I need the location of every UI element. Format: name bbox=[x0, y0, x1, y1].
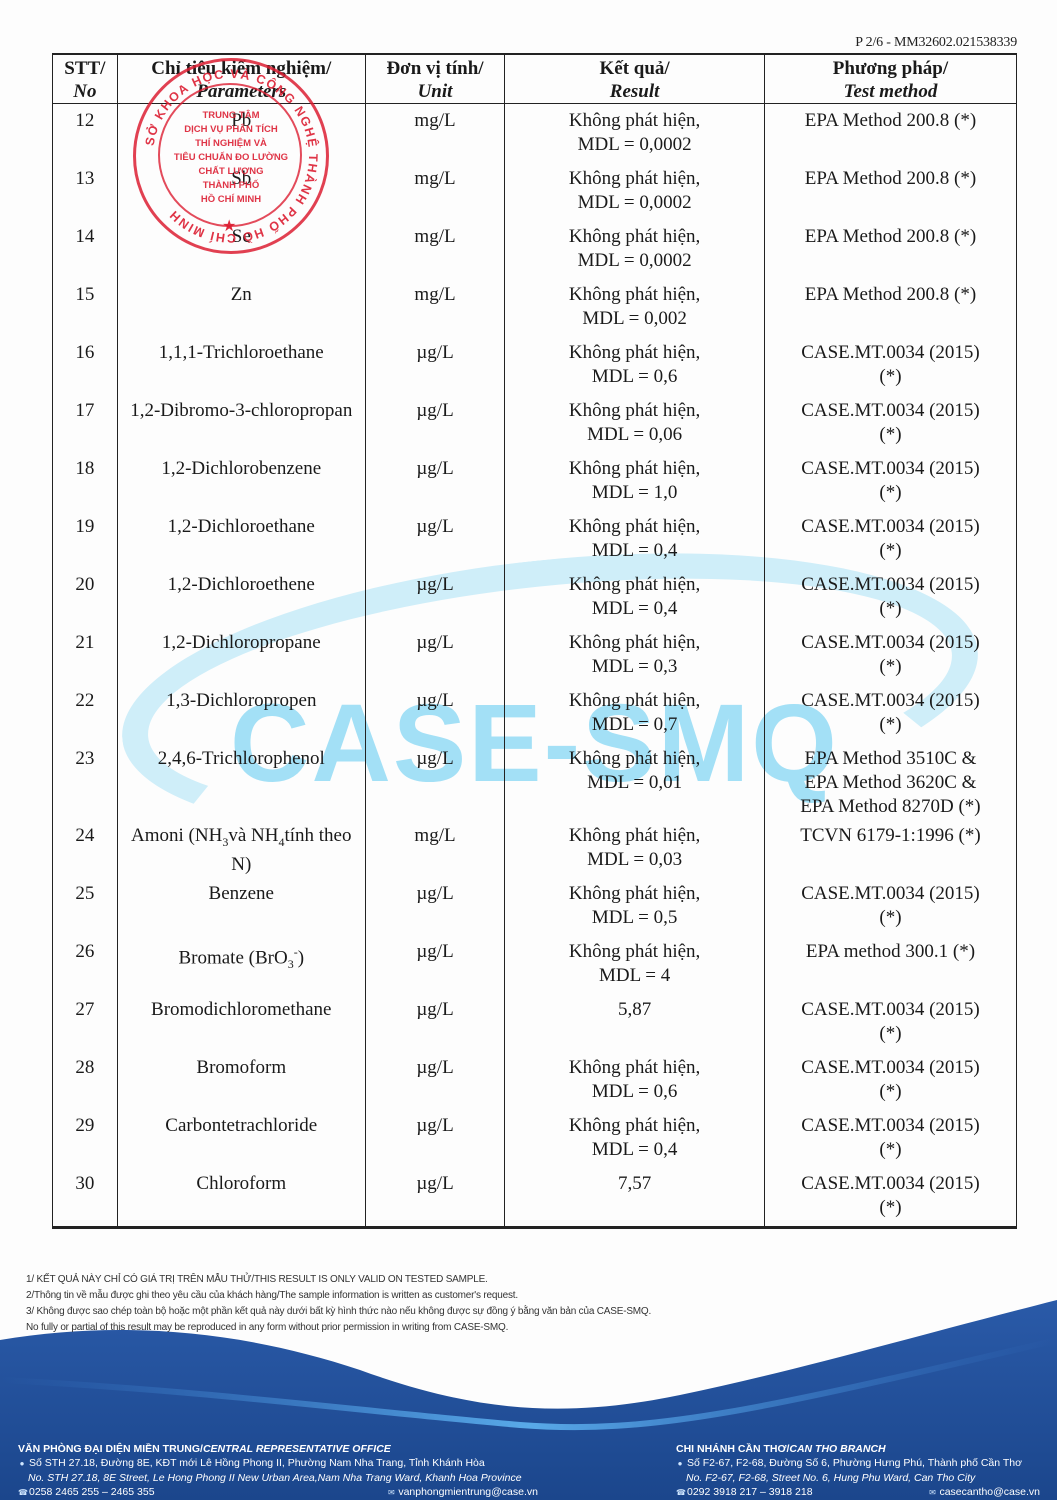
location-pin-icon: ● bbox=[18, 1457, 26, 1471]
cell-unit: µg/L bbox=[365, 336, 505, 394]
cell-no: 28 bbox=[53, 1051, 118, 1109]
table-row: 25Benzeneµg/LKhông phát hiện,MDL = 0,5CA… bbox=[53, 877, 1017, 935]
table-row: 191,2-Dichloroethaneµg/LKhông phát hiện,… bbox=[53, 510, 1017, 568]
central-office-phone: ☎0258 2465 255 – 2465 355 bbox=[18, 1485, 155, 1500]
cell-parameter: Pb bbox=[117, 104, 365, 162]
header-no: STT/No bbox=[53, 54, 118, 104]
can-tho-branch: CHI NHÁNH CẦN THƠ/CAN THO BRANCH ●Số F2-… bbox=[676, 1442, 1040, 1500]
cell-result: Không phát hiện,MDL = 0,03 bbox=[505, 819, 765, 878]
cell-method: CASE.MT.0034 (2015)(*) bbox=[764, 510, 1016, 568]
table-row: 171,2-Dibromo-3-chloropropanµg/LKhông ph… bbox=[53, 394, 1017, 452]
cell-no: 25 bbox=[53, 877, 118, 935]
cell-no: 29 bbox=[53, 1109, 118, 1167]
cell-method: CASE.MT.0034 (2015)(*) bbox=[764, 626, 1016, 684]
can-tho-email[interactable]: ✉casecantho@case.vn bbox=[928, 1485, 1040, 1500]
cell-parameter: Bromoform bbox=[117, 1051, 365, 1109]
cell-result: Không phát hiện,MDL = 0,3 bbox=[505, 626, 765, 684]
note-line: 3/ Không được sao chép toàn bộ hoặc một … bbox=[26, 1304, 651, 1320]
cell-method: CASE.MT.0034 (2015)(*) bbox=[764, 684, 1016, 742]
table-row: 211,2-Dichloropropaneµg/LKhông phát hiện… bbox=[53, 626, 1017, 684]
cell-parameter: 1,2-Dichloroethane bbox=[117, 510, 365, 568]
cell-unit: mg/L bbox=[365, 278, 505, 336]
cell-unit: µg/L bbox=[365, 452, 505, 510]
cell-unit: mg/L bbox=[365, 162, 505, 220]
cell-result: Không phát hiện,MDL = 4 bbox=[505, 935, 765, 993]
cell-result: Không phát hiện,MDL = 0,5 bbox=[505, 877, 765, 935]
table-row: 26Bromate (BrO3-)µg/LKhông phát hiện,MDL… bbox=[53, 935, 1017, 993]
cell-unit: µg/L bbox=[365, 626, 505, 684]
cell-unit: µg/L bbox=[365, 742, 505, 819]
cell-no: 22 bbox=[53, 684, 118, 742]
phone-icon: ☎ bbox=[18, 1486, 26, 1500]
header-test-method: Phương pháp/Test method bbox=[764, 54, 1016, 104]
cell-method: CASE.MT.0034 (2015)(*) bbox=[764, 993, 1016, 1051]
cell-unit: µg/L bbox=[365, 1109, 505, 1167]
cell-parameter: Carbontetrachloride bbox=[117, 1109, 365, 1167]
cell-parameter: Benzene bbox=[117, 877, 365, 935]
cell-method: EPA Method 200.8 (*) bbox=[764, 104, 1016, 162]
table-row: 28Bromoformµg/LKhông phát hiện,MDL = 0,6… bbox=[53, 1051, 1017, 1109]
cell-unit: µg/L bbox=[365, 935, 505, 993]
cell-method: EPA Method 3510C &EPA Method 3620C &EPA … bbox=[764, 742, 1016, 819]
cell-result: 5,87 bbox=[505, 993, 765, 1051]
cell-result: Không phát hiện,MDL = 0,7 bbox=[505, 684, 765, 742]
cell-result: Không phát hiện,MDL = 0,06 bbox=[505, 394, 765, 452]
page-reference: P 2/6 - MM32602.021538339 bbox=[855, 35, 1017, 51]
cell-no: 24 bbox=[53, 819, 118, 878]
cell-parameter: Bromate (BrO3-) bbox=[117, 935, 365, 993]
central-office-address-vi: ●Số STH 27.18, Đường 8E, KĐT mới Lê Hồng… bbox=[18, 1456, 538, 1471]
table-body: 12Pbmg/LKhông phát hiện,MDL = 0,0002EPA … bbox=[53, 104, 1017, 1228]
cell-method: EPA Method 200.8 (*) bbox=[764, 278, 1016, 336]
table-row: 201,2-Dichloroetheneµg/LKhông phát hiện,… bbox=[53, 568, 1017, 626]
cell-result: Không phát hiện,MDL = 0,0002 bbox=[505, 162, 765, 220]
cell-result: Không phát hiện,MDL = 0,4 bbox=[505, 1109, 765, 1167]
cell-method: CASE.MT.0034 (2015)(*) bbox=[764, 568, 1016, 626]
cell-parameter: 2,4,6-Trichlorophenol bbox=[117, 742, 365, 819]
cell-unit: µg/L bbox=[365, 684, 505, 742]
central-office: VĂN PHÒNG ĐẠI DIỆN MIỀN TRUNG/CENTRAL RE… bbox=[18, 1442, 538, 1500]
cell-parameter: Bromodichloromethane bbox=[117, 993, 365, 1051]
cell-no: 16 bbox=[53, 336, 118, 394]
cell-result: 7,57 bbox=[505, 1167, 765, 1228]
can-tho-phone: ☎0292 3918 217 – 3918 218 bbox=[676, 1485, 813, 1500]
cell-no: 30 bbox=[53, 1167, 118, 1228]
cell-no: 21 bbox=[53, 626, 118, 684]
table-row: 221,3-Dichloropropenµg/LKhông phát hiện,… bbox=[53, 684, 1017, 742]
cell-unit: µg/L bbox=[365, 1167, 505, 1228]
cell-no: 26 bbox=[53, 935, 118, 993]
cell-no: 14 bbox=[53, 220, 118, 278]
note-line: 1/ KẾT QUẢ NÀY CHỈ CÓ GIÁ TRỊ TRÊN MẪU T… bbox=[26, 1272, 651, 1288]
table-row: 161,1,1-Trichloroethaneµg/LKhông phát hi… bbox=[53, 336, 1017, 394]
cell-no: 12 bbox=[53, 104, 118, 162]
cell-parameter: 1,2-Dichloropropane bbox=[117, 626, 365, 684]
note-line: No fully or partial of this result may b… bbox=[26, 1320, 651, 1336]
disclaimer-notes: 1/ KẾT QUẢ NÀY CHỈ CÓ GIÁ TRỊ TRÊN MẪU T… bbox=[26, 1272, 651, 1336]
cell-method: TCVN 6179-1:1996 (*) bbox=[764, 819, 1016, 878]
email-icon: ✉ bbox=[387, 1486, 395, 1500]
table-row: 13Sbmg/LKhông phát hiện,MDL = 0,0002EPA … bbox=[53, 162, 1017, 220]
cell-parameter: 1,2-Dichlorobenzene bbox=[117, 452, 365, 510]
table-row: 232,4,6-Trichlorophenolµg/LKhông phát hi… bbox=[53, 742, 1017, 819]
table-row: 30Chloroformµg/L7,57CASE.MT.0034 (2015)(… bbox=[53, 1167, 1017, 1228]
table-row: 15Znmg/LKhông phát hiện,MDL = 0,002EPA M… bbox=[53, 278, 1017, 336]
cell-result: Không phát hiện,MDL = 0,0002 bbox=[505, 104, 765, 162]
central-office-address-en: No. STH 27.18, 8E Street, Le Hong Phong … bbox=[18, 1471, 538, 1485]
cell-parameter: Sb bbox=[117, 162, 365, 220]
phone-icon: ☎ bbox=[676, 1486, 684, 1500]
cell-parameter: 1,3-Dichloropropen bbox=[117, 684, 365, 742]
cell-no: 13 bbox=[53, 162, 118, 220]
cell-unit: mg/L bbox=[365, 220, 505, 278]
cell-result: Không phát hiện,MDL = 0,6 bbox=[505, 336, 765, 394]
cell-method: EPA Method 200.8 (*) bbox=[764, 220, 1016, 278]
cell-unit: µg/L bbox=[365, 510, 505, 568]
cell-unit: µg/L bbox=[365, 1051, 505, 1109]
cell-method: CASE.MT.0034 (2015)(*) bbox=[764, 452, 1016, 510]
cell-method: EPA Method 200.8 (*) bbox=[764, 162, 1016, 220]
header-unit: Đơn vị tính/Unit bbox=[365, 54, 505, 104]
cell-result: Không phát hiện,MDL = 0,0002 bbox=[505, 220, 765, 278]
cell-method: CASE.MT.0034 (2015)(*) bbox=[764, 877, 1016, 935]
table-row: 27Bromodichloromethaneµg/L5,87CASE.MT.00… bbox=[53, 993, 1017, 1051]
cell-result: Không phát hiện,MDL = 0,01 bbox=[505, 742, 765, 819]
cell-result: Không phát hiện,MDL = 0,6 bbox=[505, 1051, 765, 1109]
central-office-title: VĂN PHÒNG ĐẠI DIỆN MIỀN TRUNG/CENTRAL RE… bbox=[18, 1442, 538, 1456]
cell-parameter: 1,1,1-Trichloroethane bbox=[117, 336, 365, 394]
cell-method: CASE.MT.0034 (2015)(*) bbox=[764, 1109, 1016, 1167]
cell-no: 19 bbox=[53, 510, 118, 568]
cell-method: EPA method 300.1 (*) bbox=[764, 935, 1016, 993]
cell-parameter: Se bbox=[117, 220, 365, 278]
table-row: 14Semg/LKhông phát hiện,MDL = 0,0002EPA … bbox=[53, 220, 1017, 278]
table-row: 12Pbmg/LKhông phát hiện,MDL = 0,0002EPA … bbox=[53, 104, 1017, 162]
can-tho-branch-title: CHI NHÁNH CẦN THƠ/CAN THO BRANCH bbox=[676, 1442, 1040, 1456]
cell-parameter: Amoni (NH3và NH4tính theo N) bbox=[117, 819, 365, 878]
cell-method: CASE.MT.0034 (2015)(*) bbox=[764, 336, 1016, 394]
cell-unit: mg/L bbox=[365, 819, 505, 878]
cell-no: 27 bbox=[53, 993, 118, 1051]
cell-method: CASE.MT.0034 (2015)(*) bbox=[764, 1167, 1016, 1228]
results-table: STT/No Chỉ tiêu kiểm nghiệm/Parameters Đ… bbox=[52, 53, 1017, 1229]
cell-parameter: 1,2-Dibromo-3-chloropropan bbox=[117, 394, 365, 452]
cell-parameter: Chloroform bbox=[117, 1167, 365, 1228]
cell-unit: µg/L bbox=[365, 568, 505, 626]
cell-result: Không phát hiện,MDL = 0,4 bbox=[505, 568, 765, 626]
email-icon: ✉ bbox=[928, 1486, 936, 1500]
cell-method: CASE.MT.0034 (2015)(*) bbox=[764, 394, 1016, 452]
cell-no: 17 bbox=[53, 394, 118, 452]
location-pin-icon: ● bbox=[676, 1457, 684, 1471]
table-row: 29Carbontetrachlorideµg/LKhông phát hiện… bbox=[53, 1109, 1017, 1167]
footer-offices: VĂN PHÒNG ĐẠI DIỆN MIỀN TRUNG/CENTRAL RE… bbox=[0, 1438, 1057, 1500]
table-row: 181,2-Dichlorobenzeneµg/LKhông phát hiện… bbox=[53, 452, 1017, 510]
cell-unit: mg/L bbox=[365, 104, 505, 162]
cell-parameter: Zn bbox=[117, 278, 365, 336]
cell-parameter: 1,2-Dichloroethene bbox=[117, 568, 365, 626]
cell-method: CASE.MT.0034 (2015)(*) bbox=[764, 1051, 1016, 1109]
table-row: 24Amoni (NH3và NH4tính theo N)mg/LKhông … bbox=[53, 819, 1017, 878]
cell-unit: µg/L bbox=[365, 877, 505, 935]
cell-unit: µg/L bbox=[365, 394, 505, 452]
cell-result: Không phát hiện,MDL = 1,0 bbox=[505, 452, 765, 510]
can-tho-address-en: No. F2-67, F2-68, Street No. 6, Hung Phu… bbox=[676, 1471, 1040, 1485]
central-office-email[interactable]: ✉vanphongmientrung@case.vn bbox=[387, 1485, 538, 1500]
cell-no: 15 bbox=[53, 278, 118, 336]
cell-no: 20 bbox=[53, 568, 118, 626]
header-result: Kết quả/Result bbox=[505, 54, 765, 104]
table-header-row: STT/No Chỉ tiêu kiểm nghiệm/Parameters Đ… bbox=[53, 54, 1017, 104]
cell-no: 23 bbox=[53, 742, 118, 819]
cell-result: Không phát hiện,MDL = 0,4 bbox=[505, 510, 765, 568]
note-line: 2/Thông tin về mẫu được ghi theo yêu cầu… bbox=[26, 1288, 651, 1304]
header-parameters: Chỉ tiêu kiểm nghiệm/Parameters bbox=[117, 54, 365, 104]
can-tho-address-vi: ●Số F2-67, F2-68, Đường Số 6, Phường Hưn… bbox=[676, 1456, 1040, 1471]
cell-result: Không phát hiện,MDL = 0,002 bbox=[505, 278, 765, 336]
cell-no: 18 bbox=[53, 452, 118, 510]
cell-unit: µg/L bbox=[365, 993, 505, 1051]
